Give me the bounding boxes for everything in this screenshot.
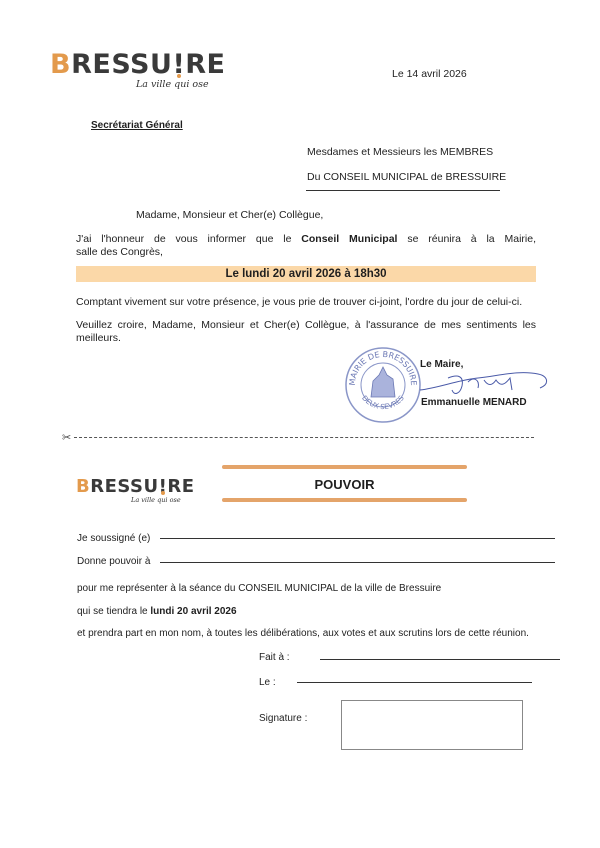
title-rule-top <box>222 465 467 469</box>
meeting-date: Le lundi 20 avril 2026 à 18h30 <box>76 267 536 281</box>
bressuire-logo: BRESSU!RE La ville qui ose <box>50 50 226 90</box>
cut-line <box>74 437 534 438</box>
scissors-icon: ✂ <box>62 432 71 444</box>
logo-wordmark: BRESSU!RE <box>50 50 226 80</box>
representation-text: pour me représenter à la séance du CONSE… <box>77 583 441 594</box>
logo-tagline: La ville qui ose <box>131 496 195 504</box>
participation-text: et prendra part en mon nom, à toutes les… <box>77 628 529 639</box>
proxy-form-title: POUVOIR <box>222 477 467 493</box>
agenda-paragraph: Comptant vivement sur votre présence, je… <box>76 296 522 309</box>
place-label: Fait à : <box>259 652 290 664</box>
mayor-name: Emmanuelle MENARD <box>421 396 527 409</box>
signature-label: Signature : <box>259 713 307 725</box>
salutation: Madame, Monsieur et Cher(e) Collègue, <box>136 209 323 222</box>
proxy-to-field[interactable] <box>160 562 555 563</box>
signature-box[interactable] <box>341 700 523 750</box>
letter-date: Le 14 avril 2026 <box>392 68 467 80</box>
bressuire-logo-small: BRESSU!RE La ville qui ose <box>76 477 195 504</box>
logo-wordmark: BRESSU!RE <box>76 477 195 497</box>
proxy-to-label: Donne pouvoir à <box>77 556 150 568</box>
title-rule-bottom <box>222 498 467 502</box>
date-field[interactable] <box>297 682 532 683</box>
session-date: lundi 20 avril 2026 <box>150 606 236 617</box>
place-field[interactable] <box>320 659 560 660</box>
recipient-line-2: Du CONSEIL MUNICIPAL de BRESSUIRE <box>307 171 506 184</box>
date-label: Le : <box>259 677 276 689</box>
undersigned-field[interactable] <box>160 538 555 539</box>
undersigned-label: Je soussigné (e) <box>77 533 150 545</box>
intro-paragraph: J'ai l'honneur de vous informer que le C… <box>76 233 536 259</box>
recipient-line-1: Mesdames et Messieurs les MEMBRES <box>307 146 493 159</box>
mayor-title: Le Maire, <box>420 358 463 371</box>
town-hall-stamp-icon: MAIRIE DE BRESSUIRE DEUX SEVRES <box>343 345 423 425</box>
department-heading: Secrétariat Général <box>91 120 183 131</box>
closing-paragraph: Veuillez croire, Madame, Monsieur et Che… <box>76 319 536 345</box>
council-name: Conseil Municipal <box>301 233 397 245</box>
session-date-text: qui se tiendra le lundi 20 avril 2026 <box>77 606 237 617</box>
logo-tagline: La ville qui ose <box>136 79 226 90</box>
recipient-divider <box>306 190 500 191</box>
